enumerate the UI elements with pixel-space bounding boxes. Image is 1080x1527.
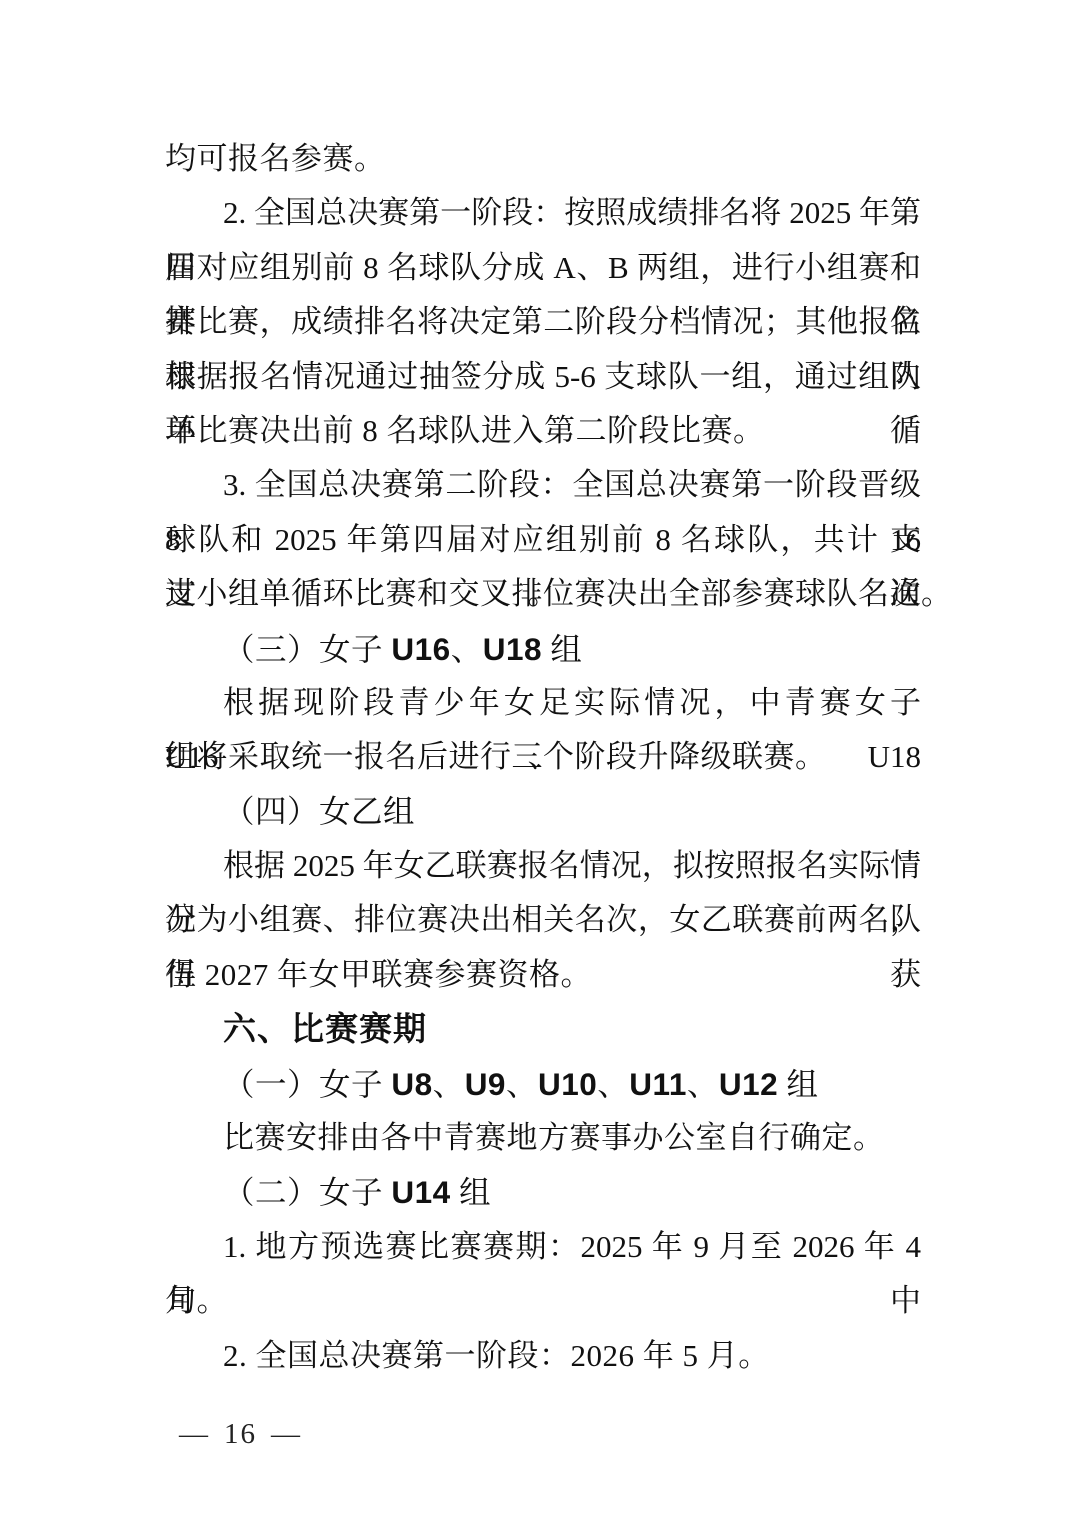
latin-text: U11 (629, 1066, 687, 1102)
latin-text: U14 (391, 1174, 450, 1210)
document-page: { "document": { "background_color": "#ff… (0, 0, 1080, 1527)
latin-text: U10 (538, 1066, 597, 1102)
page-number: 16 (224, 1418, 257, 1450)
latin-text: U12 (719, 1066, 778, 1102)
text-line: 比赛安排由各中青赛地方赛事办公室自行确定。 (165, 1111, 921, 1165)
text-line: 赛比赛，成绩排名将决定第二阶段分档情况；其他报名球队 (165, 295, 921, 349)
cjk-text: 组 (778, 1067, 818, 1102)
cjk-text: （一）女子 (223, 1067, 391, 1102)
text-line: （一）女子 U8、U9、U10、U11、U12 组 (165, 1057, 921, 1111)
footer-right-dash: — (271, 1418, 302, 1451)
footer-left-dash: — (179, 1418, 210, 1451)
cjk-text: 、 (597, 1067, 629, 1102)
cjk-text: 、 (433, 1067, 465, 1102)
text-line: 组将采取统一报名后进行三个阶段升降级联赛。 (165, 730, 921, 784)
text-line: 届对应组别前 8 名球队分成 A、B 两组，进行小组赛和排位 (165, 241, 921, 295)
text-line: 2. 全国总决赛第一阶段：按照成绩排名将 2025 年第四 (165, 186, 921, 240)
text-line: （四）女乙组 (165, 785, 921, 839)
text-line: 过小组单循环比赛和交叉排位赛决出全部参赛球队名次。 (165, 567, 921, 621)
latin-text: U8 (391, 1066, 432, 1102)
cjk-text: 、 (506, 1067, 538, 1102)
cjk-text: 、 (451, 632, 483, 667)
text-line: 根据报名情况通过抽签分成 5-6 支球队一组，通过组内单循 (165, 350, 921, 404)
text-line: （三）女子 U16、U18 组 (165, 622, 921, 676)
document-text-block: 均可报名参赛。2. 全国总决赛第一阶段：按照成绩排名将 2025 年第四届对应组… (165, 132, 921, 1383)
cjk-text: 六、比赛赛期 (223, 1010, 427, 1047)
cjk-text: 组 (542, 632, 582, 667)
text-line: 1. 地方预选赛比赛赛期：2025 年 9 月至 2026 年 4 月中 (165, 1220, 921, 1274)
text-line: 六、比赛赛期 (165, 1002, 921, 1056)
cjk-text: （四）女乙组 (223, 794, 415, 829)
cjk-text: （二）女子 (223, 1175, 391, 1210)
latin-text: U16 (391, 631, 450, 667)
page-footer: —16— (165, 1418, 316, 1451)
cjk-text: 、 (687, 1067, 719, 1102)
latin-text: U18 (483, 631, 542, 667)
text-line: 3. 全国总决赛第二阶段：全国总决赛第一阶段晋级 8 支 (165, 458, 921, 512)
text-line: 2. 全国总决赛第一阶段：2026 年 5 月。 (165, 1329, 921, 1383)
latin-text: U9 (465, 1066, 506, 1102)
text-line: 分为小组赛、排位赛决出相关名次，女乙联赛前两名队伍获 (165, 893, 921, 947)
text-line: 根据现阶段青少年女足实际情况，中青赛女子 U16、U18 (165, 676, 921, 730)
text-line: 均可报名参赛。 (165, 132, 921, 186)
text-line: 球队和 2025 年第四届对应组别前 8 名球队，共计 16 支。通 (165, 513, 921, 567)
cjk-text: （三）女子 (223, 632, 391, 667)
text-line: 根据 2025 年女乙联赛报名情况，拟按照报名实际情况， (165, 839, 921, 893)
text-line: （二）女子 U14 组 (165, 1165, 921, 1219)
cjk-text: 组 (451, 1175, 491, 1210)
